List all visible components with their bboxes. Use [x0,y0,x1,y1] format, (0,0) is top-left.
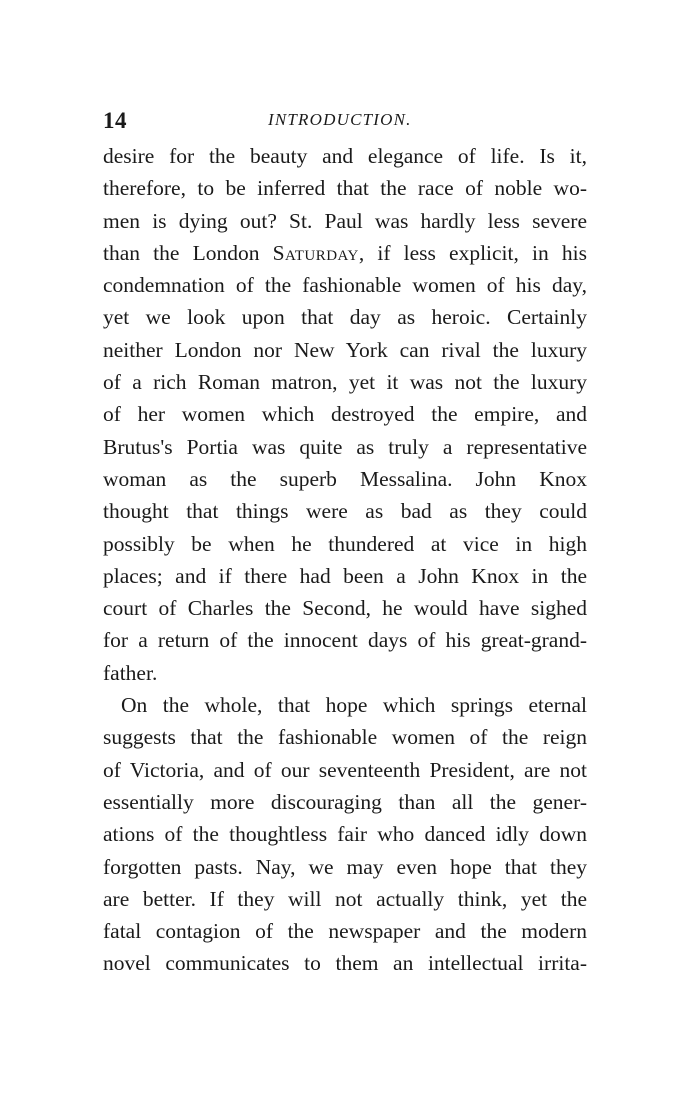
paragraph-2: On the whole, that hope which springs et… [103,689,587,980]
running-head: 14 INTRODUCTION. [103,104,587,140]
text-line: On the whole, that hope which springs et… [103,689,587,721]
text-line: of Victoria, and of our seventeenth Pres… [103,754,587,786]
text-line: of her women which destroyed the empire,… [103,398,587,430]
text-line: places; and if there had been a John Kno… [103,560,587,592]
text-fragment: than the London [103,241,273,265]
text-fragment: , if less explicit, in his [359,241,587,265]
text-line: father. [103,657,587,689]
text-line: therefore, to be inferred that the race … [103,172,587,204]
text-line: of a rich Roman matron, yet it was not t… [103,366,587,398]
text-line: are better. If they will not actually th… [103,883,587,915]
publication-name: Saturday [273,241,359,265]
paragraph-1: desire for the beauty and elegance of li… [103,140,587,689]
text-line: Brutus's Portia was quite as truly a rep… [103,431,587,463]
text-line: fatal contagion of the newspaper and the… [103,915,587,947]
text-line: ations of the thoughtless fair who dance… [103,818,587,850]
text-line: thought that things were as bad as they … [103,495,587,527]
text-line: desire for the beauty and elegance of li… [103,140,587,172]
page-number: 14 [103,108,127,134]
book-page: 14 INTRODUCTION. desire for the beauty a… [103,104,587,980]
text-line: forgotten pasts. Nay, we may even hope t… [103,851,587,883]
text-line: men is dying out? St. Paul was hardly le… [103,205,587,237]
body-text: desire for the beauty and elegance of li… [103,140,587,980]
text-line: for a return of the innocent days of his… [103,624,587,656]
text-line: condemnation of the fashionable women of… [103,269,587,301]
text-line: essentially more discouraging than all t… [103,786,587,818]
text-line: suggests that the fashionable women of t… [103,721,587,753]
text-line: novel communicates to them an intellectu… [103,947,587,979]
text-line: than the London Saturday, if less explic… [103,237,587,269]
text-line: court of Charles the Second, he would ha… [103,592,587,624]
text-line: woman as the superb Messalina. John Knox [103,463,587,495]
text-line: neither London nor New York can rival th… [103,334,587,366]
running-title: INTRODUCTION. [268,110,412,130]
text-line: possibly be when he thundered at vice in… [103,528,587,560]
text-line: yet we look upon that day as heroic. Cer… [103,301,587,333]
